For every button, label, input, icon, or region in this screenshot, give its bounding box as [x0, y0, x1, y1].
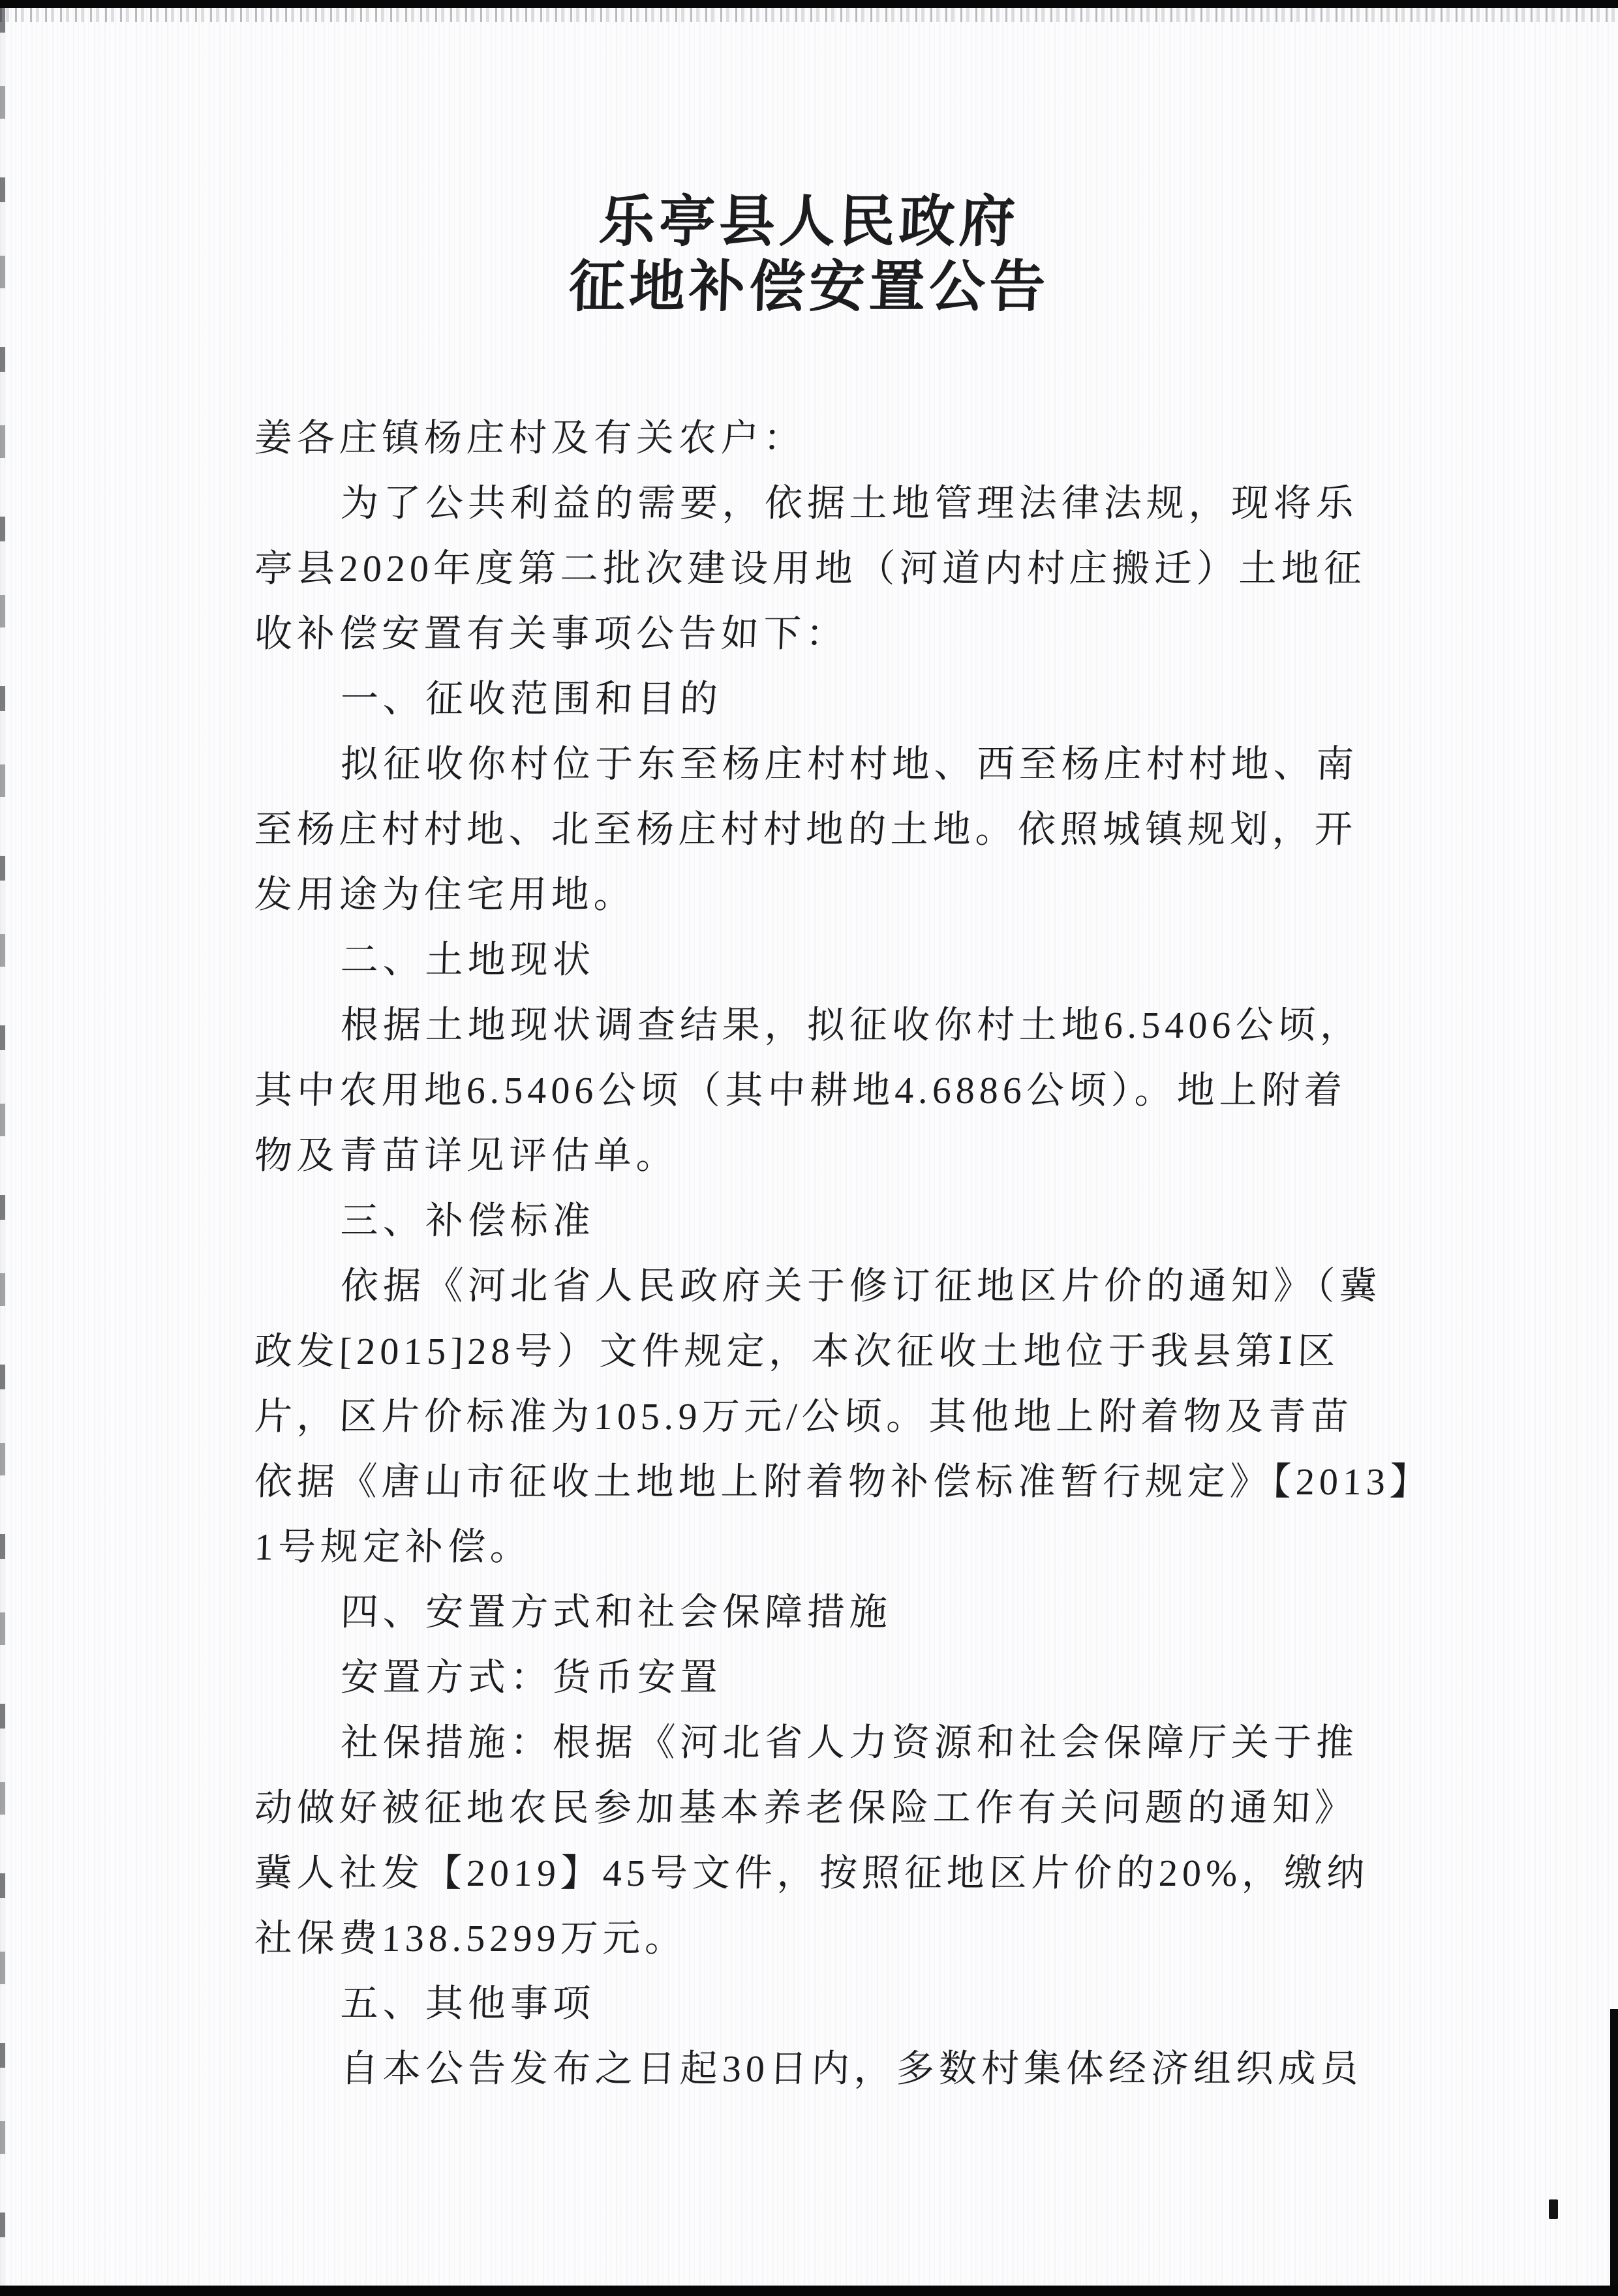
doc-line-15: 政发[2015]28号）文件规定，本次征收土地位于我县第Ⅰ区: [253, 1319, 1403, 1384]
doc-line-19: 四、安置方式和社会保障措施: [253, 1580, 1403, 1645]
scan-edge-top: [0, 0, 1618, 8]
scan-edge-right: [1610, 2009, 1618, 2286]
doc-line-11: 其中农用地6.5406公顷（其中耕地4.6886公顷）。地上附着: [253, 1058, 1403, 1123]
scan-ink-blob: [1549, 2199, 1558, 2219]
doc-line-17: 依据《唐山市征收土地地上附着物补偿标准暂行规定》【2013】: [253, 1449, 1403, 1515]
doc-line-7: 至杨庄村村地、北至杨庄村村地的土地。依照城镇规划，开: [253, 797, 1403, 862]
doc-line-4: 收补偿安置有关事项公告如下：: [253, 601, 1403, 667]
scan-edge-left: [0, 8, 5, 2286]
doc-line-6: 拟征收你村位于东至杨庄村村地、西至杨庄村村地、南: [253, 732, 1403, 797]
doc-line-23: 冀人社发【2019】45号文件，按照征地区片价的20%，缴纳: [253, 1841, 1403, 1906]
doc-line-20: 安置方式：货币安置: [253, 1645, 1403, 1710]
doc-line-3: 亭县2020年度第二批次建设用地（河道内村庄搬迁）土地征: [253, 536, 1403, 601]
doc-line-24: 社保费138.5299万元。: [253, 1906, 1403, 1971]
doc-line-13: 三、补偿标准: [253, 1188, 1403, 1254]
doc-line-16: 片，区片价标准为105.9万元/公顷。其他地上附着物及青苗: [253, 1384, 1403, 1449]
document-content: 乐亭县人民政府 征地补偿安置公告 姜各庄镇杨庄村及有关农户： 为了公共利益的需要…: [0, 0, 1618, 2296]
scan-edge-top-noise: [0, 8, 1618, 22]
doc-line-25: 五、其他事项: [253, 1971, 1403, 2036]
doc-title-line1: 乐亭县人民政府: [0, 189, 1618, 254]
doc-line-8: 发用途为住宅用地。: [253, 862, 1403, 928]
doc-body: 姜各庄镇杨庄村及有关农户： 为了公共利益的需要，依据土地管理法律法规，现将乐 亭…: [254, 406, 1403, 2102]
scanned-document-page: 乐亭县人民政府 征地补偿安置公告 姜各庄镇杨庄村及有关农户： 为了公共利益的需要…: [0, 0, 1618, 2296]
doc-line-22: 动做好被征地农民参加基本养老保险工作有关问题的通知》: [253, 1775, 1403, 1841]
doc-line-12: 物及青苗详见评估单。: [253, 1123, 1403, 1188]
doc-line-10: 根据土地现状调查结果，拟征收你村土地6.5406公顷，: [253, 993, 1403, 1058]
doc-line-1: 姜各庄镇杨庄村及有关农户：: [253, 406, 1403, 471]
doc-line-2: 为了公共利益的需要，依据土地管理法律法规，现将乐: [253, 471, 1403, 536]
doc-title-line2: 征地补偿安置公告: [0, 254, 1618, 320]
doc-line-26: 自本公告发布之日起30日内，多数村集体经济组织成员: [253, 2036, 1403, 2102]
doc-line-14: 依据《河北省人民政府关于修订征地区片价的通知》（冀: [253, 1254, 1403, 1319]
doc-line-9: 二、土地现状: [253, 928, 1403, 993]
scan-edge-bottom: [0, 2286, 1618, 2296]
doc-line-18: 1号规定补偿。: [253, 1515, 1403, 1580]
doc-line-21: 社保措施：根据《河北省人力资源和社会保障厅关于推: [253, 1710, 1403, 1775]
doc-line-5: 一、征收范围和目的: [253, 667, 1403, 732]
